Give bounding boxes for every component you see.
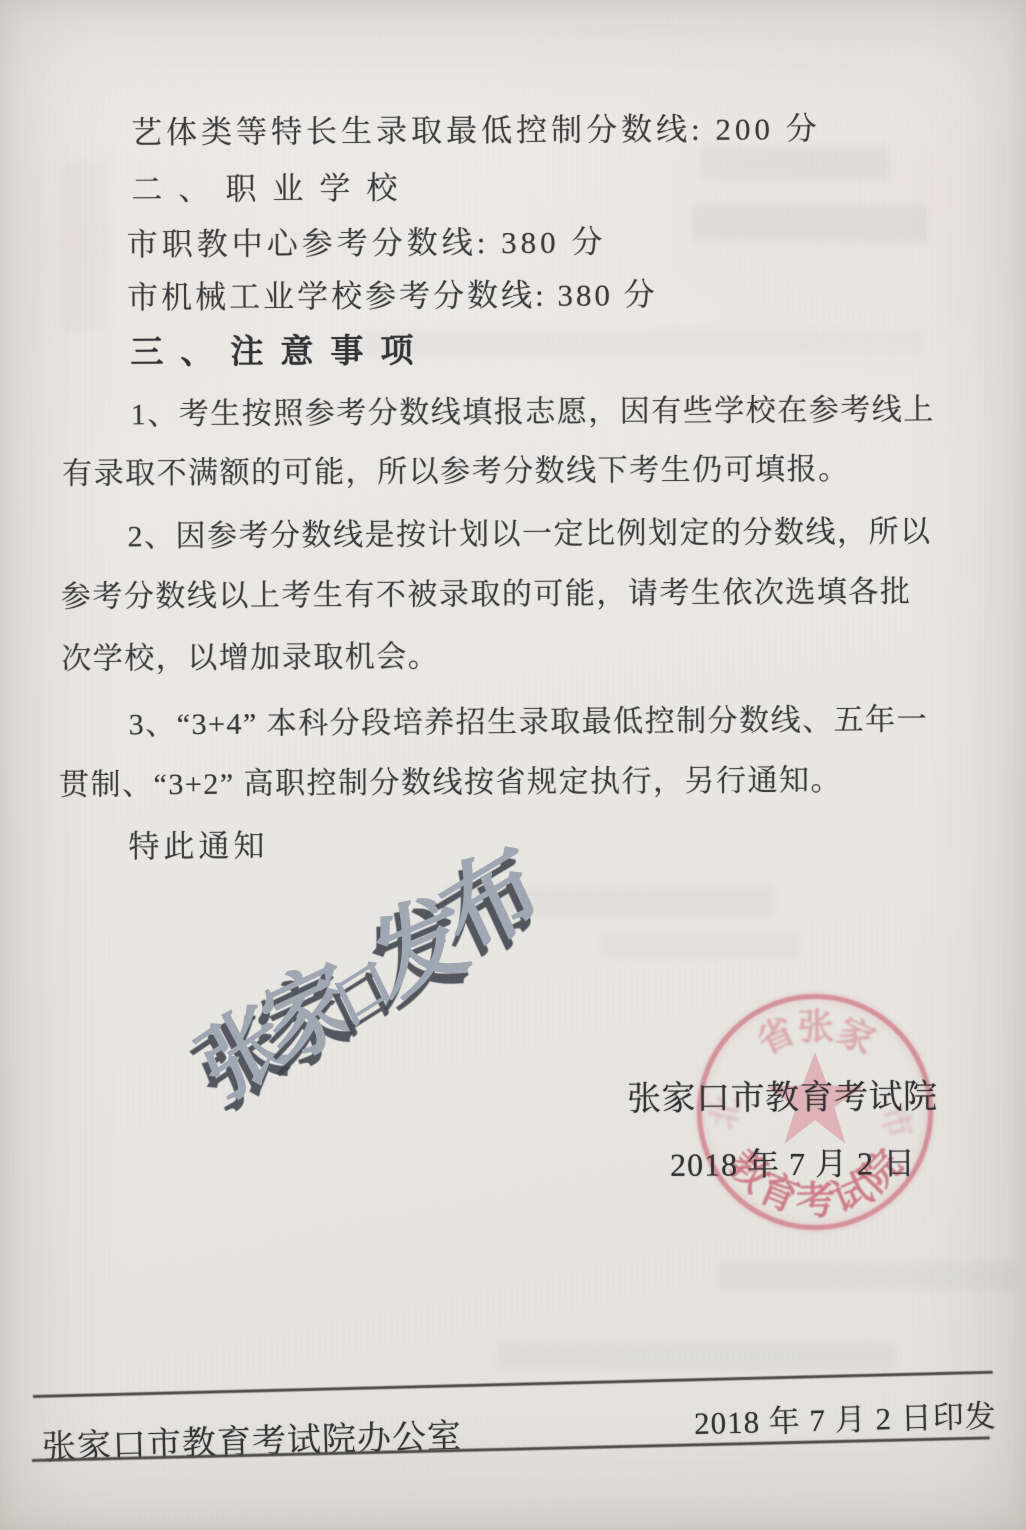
note-2-line-3: 次学校，以增加录取机会。 bbox=[61, 631, 439, 677]
document-body: 艺体类等特长生录取最低控制分数线: 200 分 二、职业学校 市职教中心参考分数… bbox=[0, 0, 1026, 1530]
score-line-art-sports: 艺体类等特长生录取最低控制分数线: 200 分 bbox=[131, 103, 821, 152]
section-heading-notes: 三、注意事项 bbox=[130, 325, 430, 374]
scanned-notice-page: 艺体类等特长生录取最低控制分数线: 200 分 二、职业学校 市职教中心参考分数… bbox=[0, 0, 1026, 1530]
closing-phrase: 特此通知 bbox=[128, 820, 268, 866]
signature-date: 2018 年 7 月 2 日 bbox=[670, 1138, 916, 1186]
note-1-line-2: 有录取不满额的可能，所以参考分数线下考生仍可填报。 bbox=[62, 444, 850, 493]
score-line-machinery-school: 市机械工业学校参考分数线: 380 分 bbox=[127, 269, 658, 317]
score-line-vocational-center: 市职教中心参考分数线: 380 分 bbox=[127, 216, 607, 264]
note-3-line-1: 3、“3+4” 本科分段培养招生录取最低控制分数线、五年一 bbox=[129, 694, 929, 743]
footer-print-date: 2018 年 7 月 2 日印发 bbox=[693, 1391, 997, 1443]
note-2-line-1: 2、因参考分数线是按计划以一定比例划定的分数线，所以 bbox=[127, 506, 931, 555]
note-2-line-2: 参考分数线以上考生有不被录取的可能，请考生依次选填各批 bbox=[61, 567, 912, 616]
section-heading-vocational: 二、职业学校 bbox=[131, 163, 413, 210]
note-1-line-1: 1、考生按照参考分数线填报志愿，因有些学校在参考线上 bbox=[131, 384, 935, 433]
note-3-line-2: 贯制、“3+2” 高职控制分数线按省规定执行，另行通知。 bbox=[59, 755, 842, 804]
signature-agency: 张家口市教育考试院 bbox=[627, 1069, 938, 1120]
